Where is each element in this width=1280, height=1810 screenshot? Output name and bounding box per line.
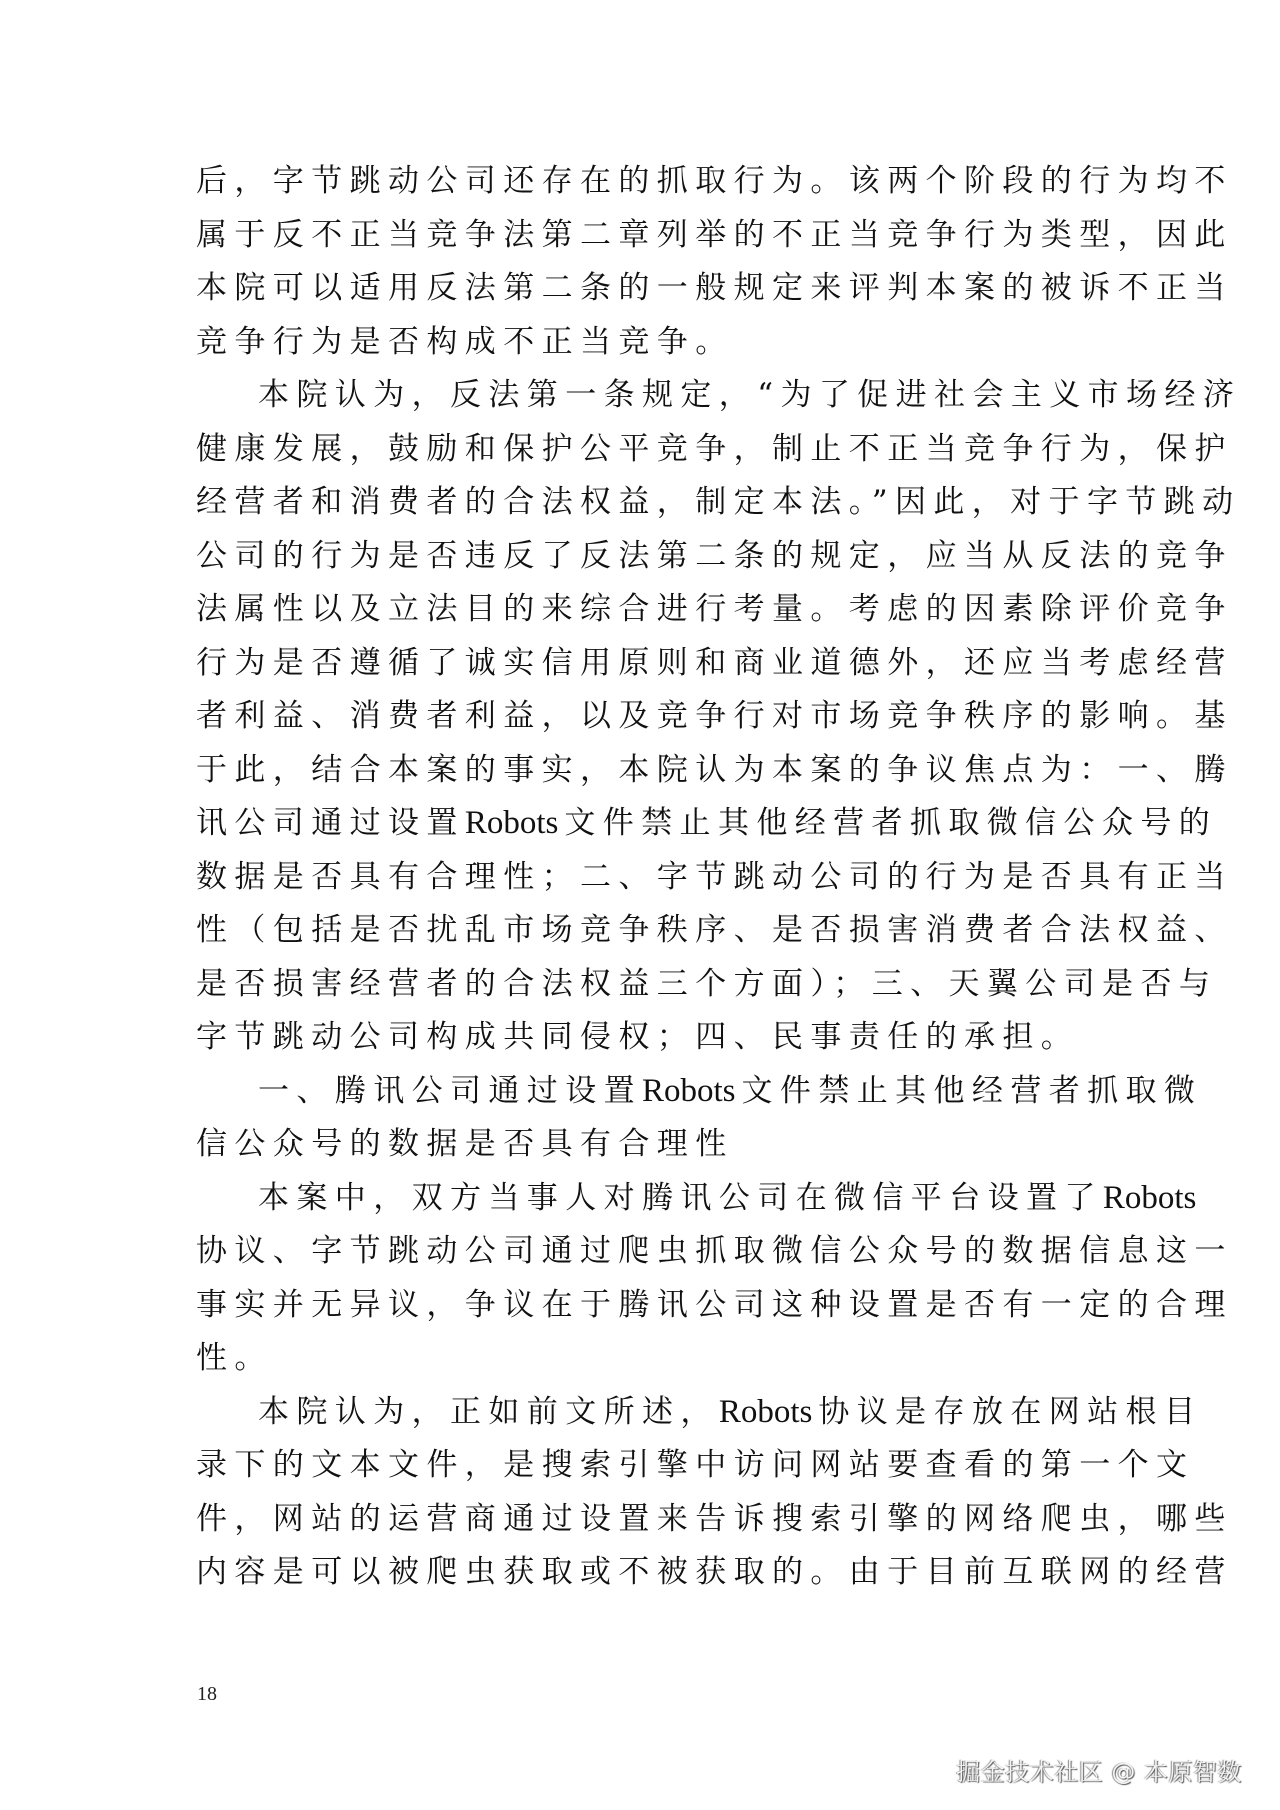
text-line-27: 内容是可以被爬虫获取或不被获取的。由于目前互联网的经营 [196, 1546, 1090, 1600]
robots-term: Robots [1103, 1180, 1197, 1216]
text-segment: 讯公司通过设置 [196, 805, 465, 841]
text-line-5: 本院认为，反法第一条规定，“为了促进社会主义市场经济 [196, 369, 1090, 423]
text-line-17: 字节跳动公司构成共同侵权；四、民事责任的承担。 [196, 1011, 1090, 1065]
text-line-13: 讯公司通过设置Robots文件禁止其他经营者抓取微信公众号的 [196, 797, 1090, 851]
text-line-21: 协议、字节跳动公司通过爬虫抓取微信公众号的数据信息这一 [196, 1225, 1090, 1279]
robots-term: Robots [719, 1394, 813, 1430]
text-segment: 本院认为，正如前文所述， [258, 1394, 719, 1430]
text-line-11: 者利益、消费者利益，以及竞争行对市场竞争秩序的影响。基 [196, 690, 1090, 744]
text-line-1: 后，字节跳动公司还存在的抓取行为。该两个阶段的行为均不 [196, 155, 1090, 209]
section-heading-line-2: 信公众号的数据是否具有合理性 [196, 1118, 1090, 1172]
text-line-6: 健康发展，鼓励和保护公平竞争，制止不正当竞争行为，保护 [196, 423, 1090, 477]
text-line-25: 录下的文本文件，是搜索引擎中访问网站要查看的第一个文 [196, 1439, 1090, 1493]
text-line-26: 件，网站的运营商通过设置来告诉搜索引擎的网络爬虫，哪些 [196, 1493, 1090, 1547]
text-line-23: 性。 [196, 1332, 1090, 1386]
text-line-15: 性（包括是否扰乱市场竞争秩序、是否损害消费者合法权益、 [196, 904, 1090, 958]
text-line-8: 公司的行为是否违反了反法第二条的规定，应当从反法的竞争 [196, 530, 1090, 584]
text-segment: 文件禁止其他经营者抓取微 [742, 1073, 1203, 1109]
text-line-14: 数据是否具有合理性；二、字节跳动公司的行为是否具有正当 [196, 851, 1090, 905]
text-segment: 协议是存放在网站根目 [818, 1394, 1202, 1430]
text-line-16: 是否损害经营者的合法权益三个方面）；三、天翼公司是否与 [196, 958, 1090, 1012]
text-segment: 文件禁止其他经营者抓取微信公众号的 [564, 805, 1217, 841]
text-line-10: 行为是否遵循了诚实信用原则和商业道德外，还应当考虑经营 [196, 637, 1090, 691]
watermark: 掘金技术社区 @ 本原智数 [956, 1752, 1242, 1787]
text-line-22: 事实并无异议，争议在于腾讯公司这种设置是否有一定的合理 [196, 1279, 1090, 1333]
robots-term: Robots [465, 805, 559, 841]
page-number: 18 [197, 1683, 217, 1706]
text-segment: 一、腾讯公司通过设置 [258, 1073, 642, 1109]
robots-term: Robots [642, 1073, 736, 1109]
document-page-body: 后，字节跳动公司还存在的抓取行为。该两个阶段的行为均不 属于反不正当竞争法第二章… [196, 155, 1090, 1600]
section-heading-line-1: 一、腾讯公司通过设置Robots文件禁止其他经营者抓取微 [196, 1065, 1090, 1119]
text-line-12: 于此，结合本案的事实，本院认为本案的争议焦点为：一、腾 [196, 744, 1090, 798]
text-line-20: 本案中，双方当事人对腾讯公司在微信平台设置了Robots [196, 1172, 1090, 1226]
text-line-4: 竞争行为是否构成不正当竞争。 [196, 316, 1090, 370]
text-line-3: 本院可以适用反法第二条的一般规定来评判本案的被诉不正当 [196, 262, 1090, 316]
text-line-24: 本院认为，正如前文所述，Robots协议是存放在网站根目 [196, 1386, 1090, 1440]
text-line-9: 法属性以及立法目的来综合进行考量。考虑的因素除评价竞争 [196, 583, 1090, 637]
text-segment: 本案中，双方当事人对腾讯公司在微信平台设置了 [258, 1180, 1103, 1216]
text-line-7: 经营者和消费者的合法权益，制定本法。”因此，对于字节跳动 [196, 476, 1090, 530]
text-line-2: 属于反不正当竞争法第二章列举的不正当竞争行为类型，因此 [196, 209, 1090, 263]
